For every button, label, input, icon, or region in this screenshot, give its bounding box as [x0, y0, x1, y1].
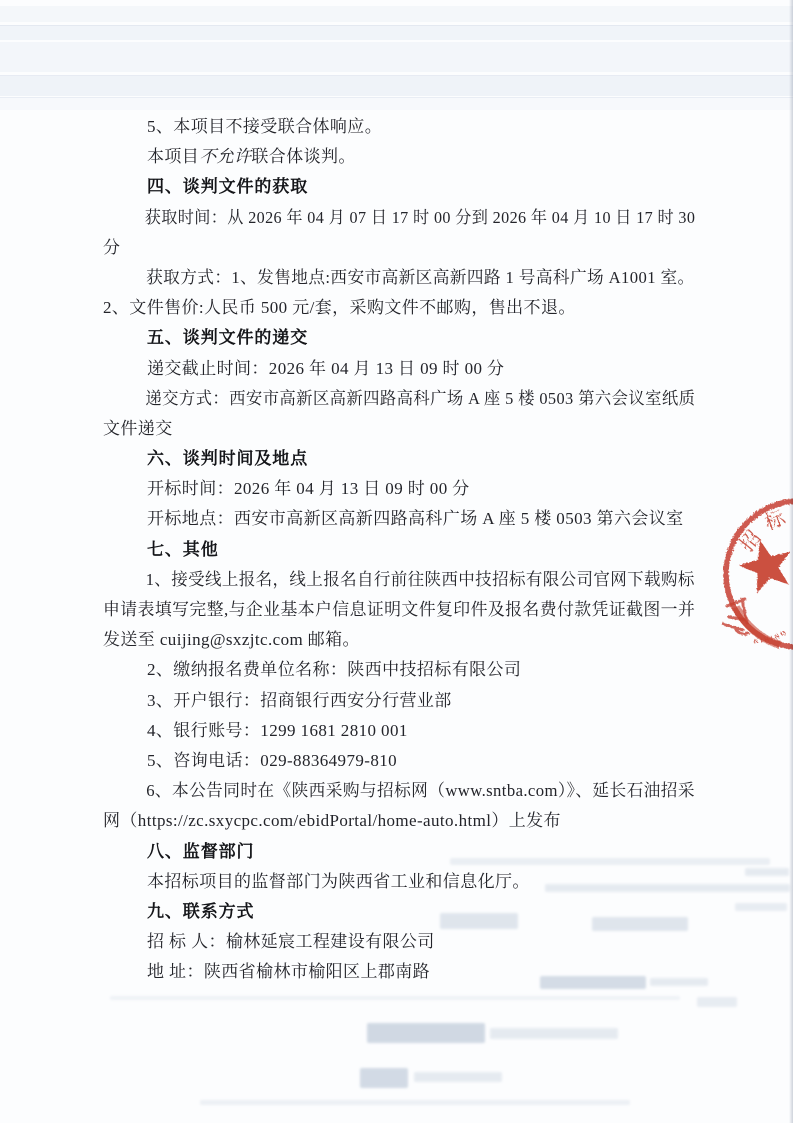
bleed-through-artifact: [490, 1028, 618, 1039]
doc-line-28: 招 标 人：榆林延宸工程建设有限公司: [103, 927, 695, 957]
official-seal-stamp: 招标有 KIHINO: [690, 472, 793, 684]
doc-line-23: 6、本公告同时在《陕西采购与招标网（www.sntba.com）》、延长石油招采: [103, 776, 684, 806]
doc-line-5: 分: [103, 233, 695, 263]
scan-band: [0, 26, 793, 40]
doc-line-4: 获取时间：从 2026 年 04 月 07 日 17 时 00 分到 2026 …: [103, 203, 665, 233]
scan-line: [0, 75, 793, 76]
bleed-through-artifact: [414, 1072, 502, 1082]
doc-line-3: 四、谈判文件的获取: [103, 172, 695, 202]
bleed-through-artifact: [367, 1023, 485, 1043]
seal-smudge-glyphs: [723, 599, 748, 634]
bleed-through-artifact: [360, 1068, 408, 1088]
doc-line-20: 3、开户银行：招商银行西安分行营业部: [103, 686, 695, 716]
doc-line-22: 5、咨询电话：029-88364979-810: [103, 746, 695, 776]
doc-line-11: 文件递交: [103, 414, 695, 444]
doc-line-21: 4、银行账号：1299 1681 2810 001: [103, 716, 695, 746]
doc-line-14: 开标地点：西安市高新区高新四路高科广场 A 座 5 楼 0503 第六会议室: [103, 504, 695, 534]
bleed-through-artifact: [697, 997, 737, 1007]
doc-line-17: 申请表填写完整,与企业基本户信息证明文件复印件及报名费付款凭证截图一并: [103, 595, 691, 625]
doc-line-27: 九、联系方式: [103, 897, 695, 927]
scan-line: [0, 25, 793, 26]
emphasized-text: 不允许: [199, 147, 251, 166]
text-segment: 本项目: [147, 147, 199, 166]
doc-line-25: 八、监督部门: [103, 837, 695, 867]
doc-line-24: 网（https://zc.sxycpc.com/ebidPortal/home-…: [103, 806, 695, 836]
doc-line-16: 1、接受线上报名，线上报名自行前往陕西中技招标有限公司官网下载购标: [103, 565, 678, 595]
scan-band: [0, 98, 793, 110]
doc-line-26: 本招标项目的监督部门为陕西省工业和信息化厅。: [103, 867, 695, 897]
bleed-through-artifact: [200, 1100, 630, 1105]
doc-line-9: 递交截止时间：2026 年 04 月 13 日 09 时 00 分: [103, 354, 695, 384]
doc-line-1: 5、本项目不接受联合体响应。: [103, 112, 695, 142]
doc-line-12: 六、谈判时间及地点: [103, 444, 695, 474]
seal-arc-text: 招标有: [690, 472, 793, 556]
svg-text:招标有: 招标有: [690, 472, 793, 556]
document-body: 5、本项目不接受联合体响应。本项目不允许联合体谈判。四、谈判文件的获取获取时间：…: [103, 112, 695, 987]
doc-line-13: 开标时间：2026 年 04 月 13 日 09 时 00 分: [103, 474, 695, 504]
scan-band: [0, 6, 793, 22]
text-segment: 联合体谈判。: [251, 147, 355, 166]
bleed-through-artifact: [735, 903, 787, 911]
scan-band: [0, 76, 793, 96]
bleed-through-artifact: [745, 868, 789, 876]
doc-line-8: 五、谈判文件的递交: [103, 323, 695, 353]
doc-line-7: 2、文件售价:人民币 500 元/套，采购文件不邮购，售出不退。: [103, 293, 695, 323]
doc-line-29: 地 址：陕西省榆林市榆阳区上郡南路: [103, 957, 695, 987]
doc-line-15: 七、其他: [103, 535, 695, 565]
scan-line: [0, 97, 793, 98]
doc-line-18: 发送至 cuijing@sxzjtc.com 邮箱。: [103, 625, 695, 655]
doc-line-10: 递交方式：西安市高新区高新四路高科广场 A 座 5 楼 0503 第六会议室纸质: [103, 384, 673, 414]
doc-line-19: 2、缴纳报名费单位名称：陕西中技招标有限公司: [103, 655, 695, 685]
doc-line-2: 本项目不允许联合体谈判。: [103, 142, 695, 172]
bleed-through-artifact: [110, 996, 680, 1000]
doc-line-6: 获取方式：1、发售地点:西安市高新区高新四路 1 号高科广场 A1001 室。: [103, 263, 683, 293]
document-page: 5、本项目不接受联合体响应。本项目不允许联合体谈判。四、谈判文件的获取获取时间：…: [0, 0, 793, 1123]
scan-band: [0, 42, 793, 72]
